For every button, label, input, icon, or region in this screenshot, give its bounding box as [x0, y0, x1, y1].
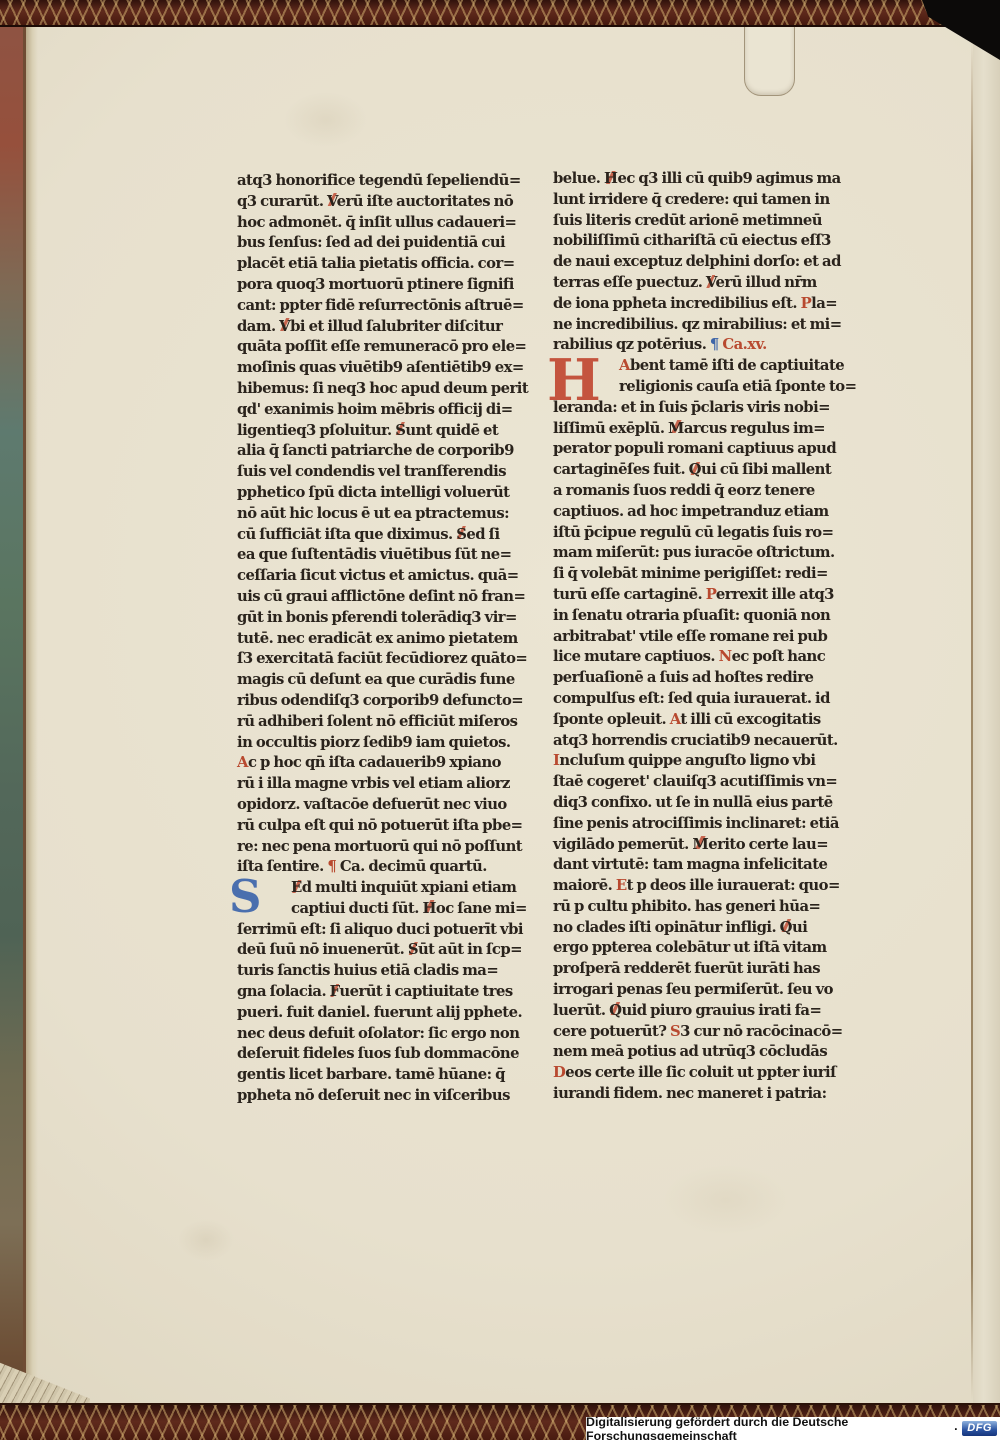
text-line: ſponte opleuit. At illi cū excogitatis [553, 710, 857, 731]
text-line: Incluſum quippe anguſto ligno vbi [553, 751, 857, 772]
ink-text: nem meā potius ad utrūq3 cōcludās [553, 1043, 827, 1060]
ink-text: S [408, 941, 418, 958]
ink-text: ſine penis atrociſſimis inclinaret: etiā [553, 815, 839, 832]
text-line: ſuis vel condendis vel tranſferendis [237, 462, 533, 483]
text-line: pphetico ſpū dicta intelligi voluerūt [237, 483, 533, 504]
ink-text: M [668, 420, 684, 437]
text-line: re: nec pena mortuorū qui nō poſſunt [237, 837, 533, 858]
ink-text: moſinis quas viuētib9 aſentiētib9 ex= [237, 359, 524, 376]
book-scan: atq3 honorifice tegendū ſepeliendū=q3 cu… [0, 0, 1000, 1440]
text-line: dam. Vbi et illud ſalubriter diſcitur [237, 317, 533, 338]
ink-text: gūt in bonis pferendi tolerādiq3 vir= [237, 609, 517, 626]
ink-text: ec poſt hanc [732, 648, 826, 665]
credit-text: Digitalisierung gefördert durch die Deut… [586, 1415, 950, 1440]
text-line: iſtū p̄cipue regulū cū legatis ſuis ro= [553, 523, 857, 544]
ink-text: H [604, 170, 617, 187]
rubricated-text: S [670, 1023, 680, 1040]
ink-text: erū iſte auctoritates nō [337, 193, 514, 210]
text-line: quāta poſſit eſſe remuneracō pro ele= [237, 337, 533, 358]
text-line: ſine penis atrociſſimis inclinaret: etiā [553, 814, 857, 835]
ink-text: unt quidē et [405, 422, 498, 439]
ink-text: proſperā redderēt fuerūt iurāti has [553, 960, 820, 977]
text-line: de naui exceptuz delphini dorſo: et ad [553, 252, 857, 273]
text-line: compulſus eſt: ſed quia iurauerat. id [553, 689, 857, 710]
ink-text: in occultis piorz ſedib9 iam quietos. [237, 734, 510, 751]
ink-text: ui [792, 919, 807, 936]
text-line: gūt in bonis pferendi tolerādiq3 vir= [237, 608, 533, 629]
ink-text: maiorē. [553, 877, 616, 894]
ink-text: dam. [237, 318, 279, 335]
dfg-logo: DFG [962, 1421, 997, 1436]
ink-text: rū culpa eſt qui nō potuerūt iſta pbe= [237, 817, 523, 834]
ink-text: pora quoq3 mortuorū ptinere ſignifi [237, 276, 514, 293]
text-line: belue. Hec q3 illi cū quib9 agimus ma [553, 169, 857, 190]
rubricated-text: ¶ [327, 858, 336, 875]
ink-text: terras eſſe puectuz. [553, 274, 706, 291]
ink-text: V [327, 193, 337, 210]
next-page-sliver [973, 0, 1000, 1406]
text-line: opidorz. vaſtacōe defuerūt nec viuo [237, 795, 533, 816]
ink-text: oc ſane mi= [436, 900, 527, 917]
text-line: captiuos. ad hoc impetranduz etiam [553, 502, 857, 523]
text-line: nec deus defuit oſolator: ſic ergo non [237, 1024, 533, 1045]
text-line: moſinis quas viuētib9 aſentiētib9 ex= [237, 358, 533, 379]
text-line: nō aūt hic locus ē ut ea ptractemus: [237, 504, 533, 525]
ink-text: belue. [553, 170, 604, 187]
ink-text: arbitrabat' vtile eſſe romane rei pub [553, 628, 827, 645]
text-line: ligentieq3 pſoluitur. Sunt quidē et [237, 421, 533, 442]
rubricated-text: A [237, 754, 248, 771]
text-line: gentis licet barbare. tamē hūane: q̄ [237, 1065, 533, 1086]
ink-text: Q [689, 461, 701, 478]
facing-book-edge [0, 0, 26, 1440]
text-line: alia q̄ ſancti patriarche de corporib9 [237, 441, 533, 462]
ink-text: F [330, 983, 340, 1000]
rubricated-text: D [553, 1064, 565, 1081]
ink-text: ppheta nō deſeruit nec in viſceribus [237, 1087, 510, 1104]
text-line: Deos certe ille ſic coluit ut ppter iuri… [553, 1063, 857, 1084]
ink-text: atq3 honorifice tegendū ſepeliendū= [237, 172, 521, 189]
ink-text: ſerrimū eſt: ſi aliquo duci potuerīt vbi [237, 921, 523, 938]
ink-text: cartaginēſes fuit. [553, 461, 689, 478]
text-line: q3 curarūt. Verū iſte auctoritates nō [237, 192, 533, 213]
text-line: rū culpa eſt qui nō potuerūt iſta pbe= [237, 816, 533, 837]
ink-text: q3 curarūt. [237, 193, 327, 210]
ink-text: alia q̄ ſancti patriarche de corporib9 [237, 442, 514, 459]
ink-text: E [291, 879, 302, 896]
ink-text: atq3 horrendis cruciatib9 necauerūt. [553, 732, 838, 749]
text-line: ergo ppterea colebātur ut iſtā vitam [553, 938, 857, 959]
text-line: ribus odendiſq3 corporib9 defuncto= [237, 691, 533, 712]
rubricated-text: A [619, 357, 630, 374]
ink-text: Ca. decimū quartū. [336, 858, 487, 875]
ink-text: ſi q̄ volebāt minime perigiſſet: redi= [553, 565, 828, 582]
ink-text: de naui exceptuz delphini dorſo: et ad [553, 253, 841, 270]
text-line: ſ3 exercitatā faciūt fecūdiorez quāto= [237, 649, 533, 670]
ink-text: ſ3 exercitatā faciūt fecūdiorez quāto= [237, 650, 527, 667]
text-line: diq3 confixo. ut ſe in nullā eius partē [553, 793, 857, 814]
ink-text: luerūt. [553, 1002, 609, 1019]
ink-text: iſtū p̄cipue regulū cū legatis ſuis ro= [553, 524, 833, 541]
ink-text: ui cū ſibi mallent [701, 461, 831, 478]
ink-text: uis cū graui afflictōne deſint nō fran= [237, 588, 525, 605]
ink-text: re: nec pena mortuorū qui nō poſſunt [237, 838, 522, 855]
ink-text: cere potuerūt? [553, 1023, 670, 1040]
ink-text: H [422, 900, 435, 917]
text-line: ppheta nō deſeruit nec in viſceribus [237, 1086, 533, 1107]
ink-text: a romanis ſuos reddi q̄ eorz tenere [553, 482, 815, 499]
ink-text: bi et illud ſalubriter diſcitur [290, 318, 502, 335]
text-line: turū eſſe cartaginē. Perrexit ille atq3 [553, 585, 857, 606]
ink-text: ergo ppterea colebātur ut iſtā vitam [553, 939, 827, 956]
ink-text: errexit ille atq3 [716, 586, 834, 603]
text-line: arbitrabat' vtile eſſe romane rei pub [553, 627, 857, 648]
text-line: maiorē. Et p deos ille iurauerat: quo= [553, 876, 857, 897]
ink-text: perſuaſionē a ſuis ad hoſtes redire [553, 669, 813, 686]
text-line: atq3 horrendis cruciatib9 necauerūt. [553, 731, 857, 752]
ink-text: de iona ppheta incredibilius eſt. [553, 295, 801, 312]
ink-text: in ſenatu otraria pſuaſit: quoniā non [553, 607, 830, 624]
ink-text: iurandi fidem. nec maneret i patria: [553, 1085, 827, 1102]
ink-text: cant: ppter fidē reſurrectōnis aſtruē= [237, 297, 524, 314]
ink-text: uerūt i captiuitate tres [339, 983, 512, 1000]
ink-text: 3 cur nō racōcinacō= [680, 1023, 842, 1040]
ink-text: deſeruit fideles ſuos ſub dommacōne [237, 1045, 519, 1062]
text-line: placēt etiā talia pietatis officia. cor= [237, 254, 533, 275]
ink-text: ſuis literis credūt arionē metimneū [553, 212, 822, 229]
ink-text: diq3 confixo. ut ſe in nullā eius partē [553, 794, 833, 811]
ink-text: lunt irridere q̄ credere: qui tamen in [553, 191, 830, 208]
ink-text: vigilādo pemerūt. [553, 836, 692, 853]
ink-text: ligentieq3 pſoluitur. [237, 422, 395, 439]
ink-text: captiuos. ad hoc impetranduz etiam [553, 503, 829, 520]
text-line: hibemus: ſi neq3 hoc apud deum perit [237, 379, 533, 400]
text-line: nobiliſſimū cithariſtā cū eiectus eſſ3 [553, 231, 857, 252]
text-line: atq3 honorifice tegendū ſepeliendū= [237, 171, 533, 192]
text-line: vigilādo pemerūt. Merito certe lau= [553, 835, 857, 856]
text-line: bus ſenſus: ſed ad dei puidentiā cui [237, 233, 533, 254]
ink-text: pueri. fuit daniel. fuerunt alij pphete. [237, 1004, 522, 1021]
ink-text: cū ſufficiāt iſta que diximus. [237, 526, 456, 543]
ink-text: t illi cū excogitatis [680, 711, 820, 728]
text-line: ceſſaria ſicut victus et amictus. quā= [237, 566, 533, 587]
blue-text: ¶ [710, 336, 722, 353]
rubricated-text: A [670, 711, 681, 728]
ink-text: rū p cultu phibito. has generi hūa= [553, 898, 820, 915]
rubricated-text: N [719, 648, 732, 665]
ink-text: t p deos ille iurauerat: quo= [627, 877, 840, 894]
text-line: irrogari penas ſeu permiſerūt. ſeu vo [553, 980, 857, 1001]
text-line: ſtaē cogeret' clauiſq3 acutiſſimis vn= [553, 772, 857, 793]
text-line: iurandi fidem. nec maneret i patria: [553, 1084, 857, 1105]
text-line: perſuaſionē a ſuis ad hoſtes redire [553, 668, 857, 689]
ink-text: erū illud nr̄m [715, 274, 816, 291]
text-line: pora quoq3 mortuorū ptinere ſignifi [237, 275, 533, 296]
text-column-right: belue. Hec q3 illi cū quib9 agimus malun… [553, 169, 857, 1105]
text-line: deū ſuū nō inuenerūt. Sūt aūt in ſcp= [237, 940, 533, 961]
ink-text: ed ſi [466, 526, 499, 543]
text-line: ſerrimū eſt: ſi aliquo duci potuerīt vbi [237, 920, 533, 941]
text-line: in occultis piorz ſedib9 iam quietos. [237, 733, 533, 754]
text-line: hoc admonēt. q̄ inſit ullus cadaueri= [237, 213, 533, 234]
text-line: lunt irridere q̄ credere: qui tamen in [553, 190, 857, 211]
text-line: ſuis literis credūt arionē metimneū [553, 211, 857, 232]
ink-text: nobiliſſimū cithariſtā cū eiectus eſſ3 [553, 232, 831, 249]
ink-text: religionis cauſa etiā ſponte to= [619, 378, 856, 395]
binding-top-edge [0, 0, 1000, 27]
ink-text: ncluſum quippe anguſto ligno vbi [559, 752, 815, 769]
ink-text: ūt aūt in ſcp= [418, 941, 522, 958]
text-line: ea que ſuſtentādis viuētibus ſūt ne= [237, 545, 533, 566]
ink-text: eos certe ille ſic coluit ut ppter iuriſ [565, 1064, 836, 1081]
text-line: lice mutare captiuos. Nec poſt hanc [553, 647, 857, 668]
ink-text: ea que ſuſtentādis viuētibus ſūt ne= [237, 546, 512, 563]
ink-text: compulſus eſt: ſed quia iurauerat. id [553, 690, 830, 707]
ink-text: turis ſanctis huius etiā cladis ma= [237, 962, 498, 979]
ink-text: hibemus: ſi neq3 hoc apud deum perit [237, 380, 528, 397]
text-line: tutē. nec eradicāt ex animo pietatem [237, 629, 533, 650]
text-line: mam miſerūt: pus iuracōe oſtrictum. [553, 543, 857, 564]
ink-text: rū i illa magne vrbis vel etiam aliorz [237, 775, 510, 792]
text-line: iſta ſentire. ¶ Ca. decimū quartū. [237, 857, 533, 878]
text-line: perator populi romani captiuus apud [553, 439, 857, 460]
ink-text: ec q3 illi cū quib9 agimus ma [617, 170, 840, 187]
ink-text: nec deus defuit oſolator: ſic ergo non [237, 1025, 519, 1042]
text-line: captiui ducti ſūt. Hoc ſane mi= [237, 899, 533, 920]
text-line: terras eſſe puectuz. Verū illud nr̄m [553, 273, 857, 294]
ink-text: uid piuro grauius irati fa= [621, 1002, 821, 1019]
text-column-left: atq3 honorifice tegendū ſepeliendū=q3 cu… [237, 171, 533, 1107]
ink-text: pphetico ſpū dicta intelligi voluerūt [237, 484, 509, 501]
ink-text: Q [609, 1002, 621, 1019]
ink-text: ne incredibilius. qz mirabilius: et mi= [553, 316, 842, 333]
illuminated-initial-S: S [229, 874, 261, 919]
text-line: turis ſanctis huius etiā cladis ma= [237, 961, 533, 982]
text-line: no clades iſti opinātur infligi. Qui [553, 918, 857, 939]
ink-text: M [692, 836, 708, 853]
text-line: uis cū graui afflictōne deſint nō fran= [237, 587, 533, 608]
ink-text: turū eſſe cartaginē. [553, 586, 706, 603]
ink-text: dant virtutē: tam magna infelicitate [553, 856, 827, 873]
text-line: ſi q̄ volebāt minime perigiſſet: redi= [553, 564, 857, 585]
text-line: luerūt. Quid piuro grauius irati fa= [553, 1001, 857, 1022]
ink-text: magis cū deſunt ea que curādis fune [237, 671, 515, 688]
ink-text: captiui ducti ſūt. [291, 900, 422, 917]
ink-text: ſuis vel condendis vel tranſferendis [237, 463, 506, 480]
ink-text: lice mutare captiuos. [553, 648, 719, 665]
ink-text: S [456, 526, 466, 543]
ink-text: V [279, 318, 290, 335]
ink-text: bus ſenſus: ſed ad dei puidentiā cui [237, 234, 505, 251]
rubricated-text: P [706, 586, 716, 603]
ink-text: hoc admonēt. q̄ inſit ullus cadaueri= [237, 214, 516, 231]
text-line: cartaginēſes fuit. Qui cū ſibi mallent [553, 460, 857, 481]
ink-text: ceſſaria ſicut victus et amictus. quā= [237, 567, 519, 584]
ink-text: irrogari penas ſeu permiſerūt. ſeu vo [553, 981, 833, 998]
text-line: de iona ppheta incredibilius eſt. Pla= [553, 294, 857, 315]
text-line: deſeruit fideles ſuos ſub dommacōne [237, 1044, 533, 1065]
ink-text: arcus regulus im= [684, 420, 825, 437]
text-line: dant virtutē: tam magna infelicitate [553, 855, 857, 876]
ink-text: erito certe lau= [708, 836, 828, 853]
rubricated-text: P [801, 295, 812, 312]
ink-text: tutē. nec eradicāt ex animo pietatem [237, 630, 518, 647]
text-line: proſperā redderēt fuerūt iurāti has [553, 959, 857, 980]
text-line: rū i illa magne vrbis vel etiam aliorz [237, 774, 533, 795]
credit-separator: · [954, 1422, 958, 1436]
ink-text: c p hoc qn̄ iſta cadauerib9 xpiano [248, 754, 501, 771]
illuminated-initial-H: H [547, 352, 600, 409]
text-line: magis cū deſunt ea que curādis fune [237, 670, 533, 691]
text-line: liſſimū exēplū. Marcus regulus im= [553, 419, 857, 440]
text-line: Ed multi inquiūt xpiani etiam [237, 878, 533, 899]
text-line: rū adhiberi ſolent nō efficiūt miſeros [237, 712, 533, 733]
ink-text: qd' exanimis hoim mēbris officij di= [237, 401, 513, 418]
ink-text: nō aūt hic locus ē ut ea ptractemus: [237, 505, 509, 522]
ink-text: gna ſolacia. [237, 983, 330, 1000]
ink-text: ſtaē cogeret' clauiſq3 acutiſſimis vn= [553, 773, 837, 790]
ink-text: quāta poſſit eſſe remuneracō pro ele= [237, 338, 526, 355]
ink-text: la= [811, 295, 837, 312]
text-line: rū p cultu phibito. has generi hūa= [553, 897, 857, 918]
ink-text: gentis licet barbare. tamē hūane: q̄ [237, 1066, 505, 1083]
text-line: cant: ppter fidē reſurrectōnis aſtruē= [237, 296, 533, 317]
ink-text: ribus odendiſq3 corporib9 defuncto= [237, 692, 523, 709]
ink-text: opidorz. vaſtacōe defuerūt nec viuo [237, 796, 507, 813]
text-line: ne incredibilius. qz mirabilius: et mi= [553, 315, 857, 336]
text-line: qd' exanimis hoim mēbris officij di= [237, 400, 533, 421]
ink-text: perator populi romani captiuus apud [553, 440, 836, 457]
parchment-page: atq3 honorifice tegendū ſepeliendū=q3 cu… [26, 0, 1000, 1406]
text-line: a romanis ſuos reddi q̄ eorz tenere [553, 481, 857, 502]
ink-text: rū adhiberi ſolent nō efficiūt miſeros [237, 713, 517, 730]
parchment-index-tab [744, 22, 795, 96]
ink-text: S [395, 422, 405, 439]
text-line: in ſenatu otraria pſuaſit: quoniā non [553, 606, 857, 627]
ink-text: Q [780, 919, 792, 936]
ink-text: liſſimū exēplū. [553, 420, 668, 437]
ink-text: d multi inquiūt xpiani etiam [302, 879, 517, 896]
ink-text: no clades iſti opinātur infligi. [553, 919, 780, 936]
ink-text: placēt etiā talia pietatis officia. cor= [237, 255, 515, 272]
ink-text: ſponte opleuit. [553, 711, 670, 728]
rubricated-text: E [616, 877, 627, 894]
ink-text: bent tamē iſti de captiuitate [630, 357, 844, 374]
text-line: gna ſolacia. Fuerūt i captiuitate tres [237, 982, 533, 1003]
ink-text: deū ſuū nō inuenerūt. [237, 941, 408, 958]
text-line: nem meā potius ad utrūq3 cōcludās [553, 1042, 857, 1063]
rubricated-text: Ca.xv. [722, 336, 766, 353]
text-line: Ac p hoc qn̄ iſta cadauerib9 xpiano [237, 753, 533, 774]
digitization-credit-bar: Digitalisierung gefördert durch die Deut… [586, 1417, 1000, 1440]
text-line: cere potuerūt? S3 cur nō racōcinacō= [553, 1022, 857, 1043]
text-line: cū ſufficiāt iſta que diximus. Sed ſi [237, 525, 533, 546]
ink-text: mam miſerūt: pus iuracōe oſtrictum. [553, 544, 835, 561]
text-line: pueri. fuit daniel. fuerunt alij pphete. [237, 1003, 533, 1024]
